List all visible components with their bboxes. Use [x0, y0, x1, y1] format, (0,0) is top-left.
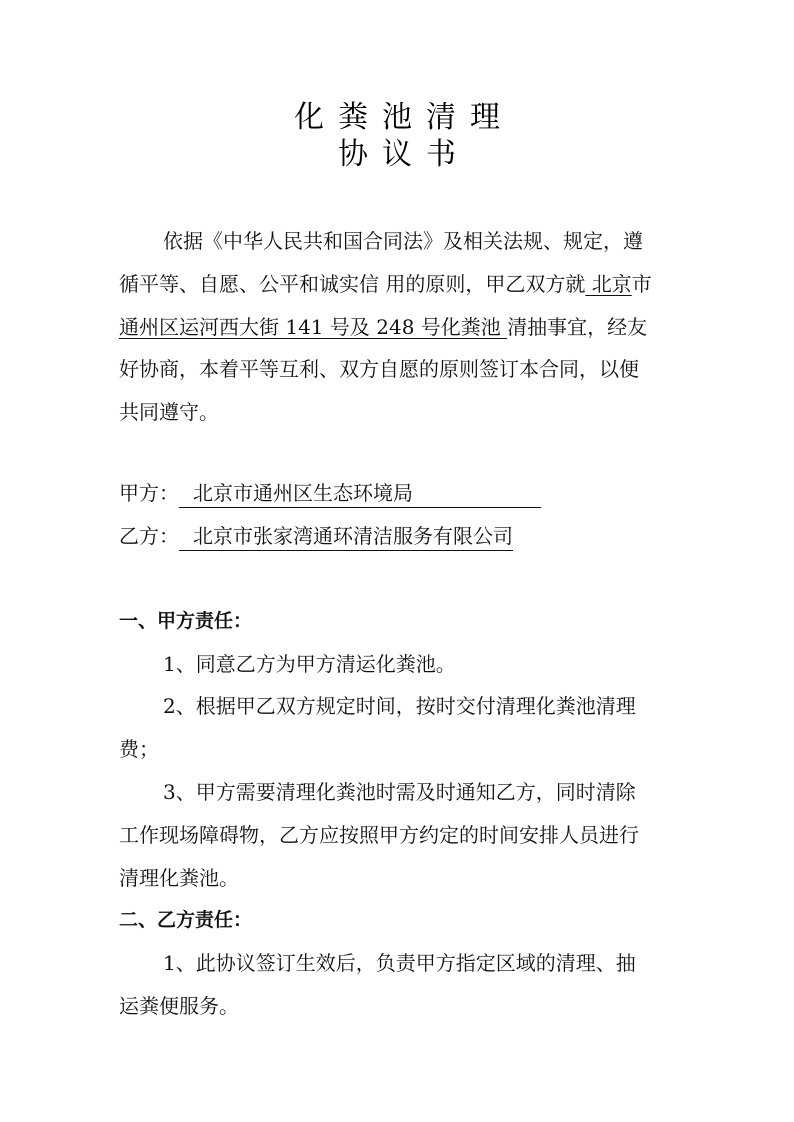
party-b-label: 乙方：	[119, 524, 179, 548]
intro-text: 依据《中华人民共和国合同法》及相关法规、规定，遵	[163, 229, 643, 253]
document-title-line2: 协议书	[0, 137, 794, 173]
document-title-line1: 化粪池清理	[0, 100, 794, 136]
location-underlined: 通州区运河西大街 141 号及 248 号化粪池	[119, 315, 507, 339]
party-a-value: 北京市通州区生态环境局	[179, 481, 541, 508]
section-1-heading: 一、甲方责任：	[119, 607, 252, 635]
location-underlined: 北京	[585, 272, 631, 296]
section-1-item-3-line-1: 3、甲方需要清理化粪池时需及时通知乙方，同时清除	[163, 778, 636, 806]
intro-text: 共同遵守。	[119, 400, 219, 424]
intro-text: 清抽事宜，经友	[507, 315, 647, 339]
section-2-item-1-line-1: 1、此协议签订生效后，负责甲方指定区域的清理、抽	[163, 949, 636, 977]
section-1-item-3-line-2: 工作现场障碍物，乙方应按照甲方约定的时间安排人员进行	[119, 821, 639, 849]
party-a-label: 甲方：	[119, 481, 179, 505]
party-a: 甲方：北京市通州区生态环境局	[119, 479, 541, 508]
intro-line-5: 共同遵守。	[119, 398, 219, 426]
intro-text: 循平等、自愿、公平和诚实信 用的原则，甲乙双方就	[119, 272, 585, 296]
intro-text: 市	[632, 272, 652, 296]
section-1-item-3-line-3: 清理化粪池。	[119, 864, 239, 892]
party-b: 乙方：北京市张家湾通环清洁服务有限公司	[119, 522, 513, 551]
party-b-value: 北京市张家湾通环清洁服务有限公司	[179, 524, 513, 551]
intro-line-1: 依据《中华人民共和国合同法》及相关法规、规定，遵	[163, 227, 643, 255]
section-1-item-2-line-2: 费；	[119, 735, 159, 763]
intro-line-4: 好协商，本着平等互利、双方自愿的原则签订本合同，以便	[119, 355, 639, 383]
section-2-item-1-line-2: 运粪便服务。	[119, 992, 239, 1020]
section-1-item-2-line-1: 2、根据甲乙双方规定时间，按时交付清理化粪池清理	[163, 692, 636, 720]
intro-line-3: 通州区运河西大街 141 号及 248 号化粪池 清抽事宜，经友	[119, 313, 647, 341]
section-1-item-1: 1、同意乙方为甲方清运化粪池。	[163, 650, 456, 678]
intro-text: 好协商，本着平等互利、双方自愿的原则签订本合同，以便	[119, 357, 639, 381]
document-page: 化粪池清理 协议书 依据《中华人民共和国合同法》及相关法规、规定，遵 循平等、自…	[0, 0, 794, 1122]
intro-line-2: 循平等、自愿、公平和诚实信 用的原则，甲乙双方就 北京市	[119, 270, 652, 298]
section-2-heading: 二、乙方责任：	[119, 906, 252, 934]
